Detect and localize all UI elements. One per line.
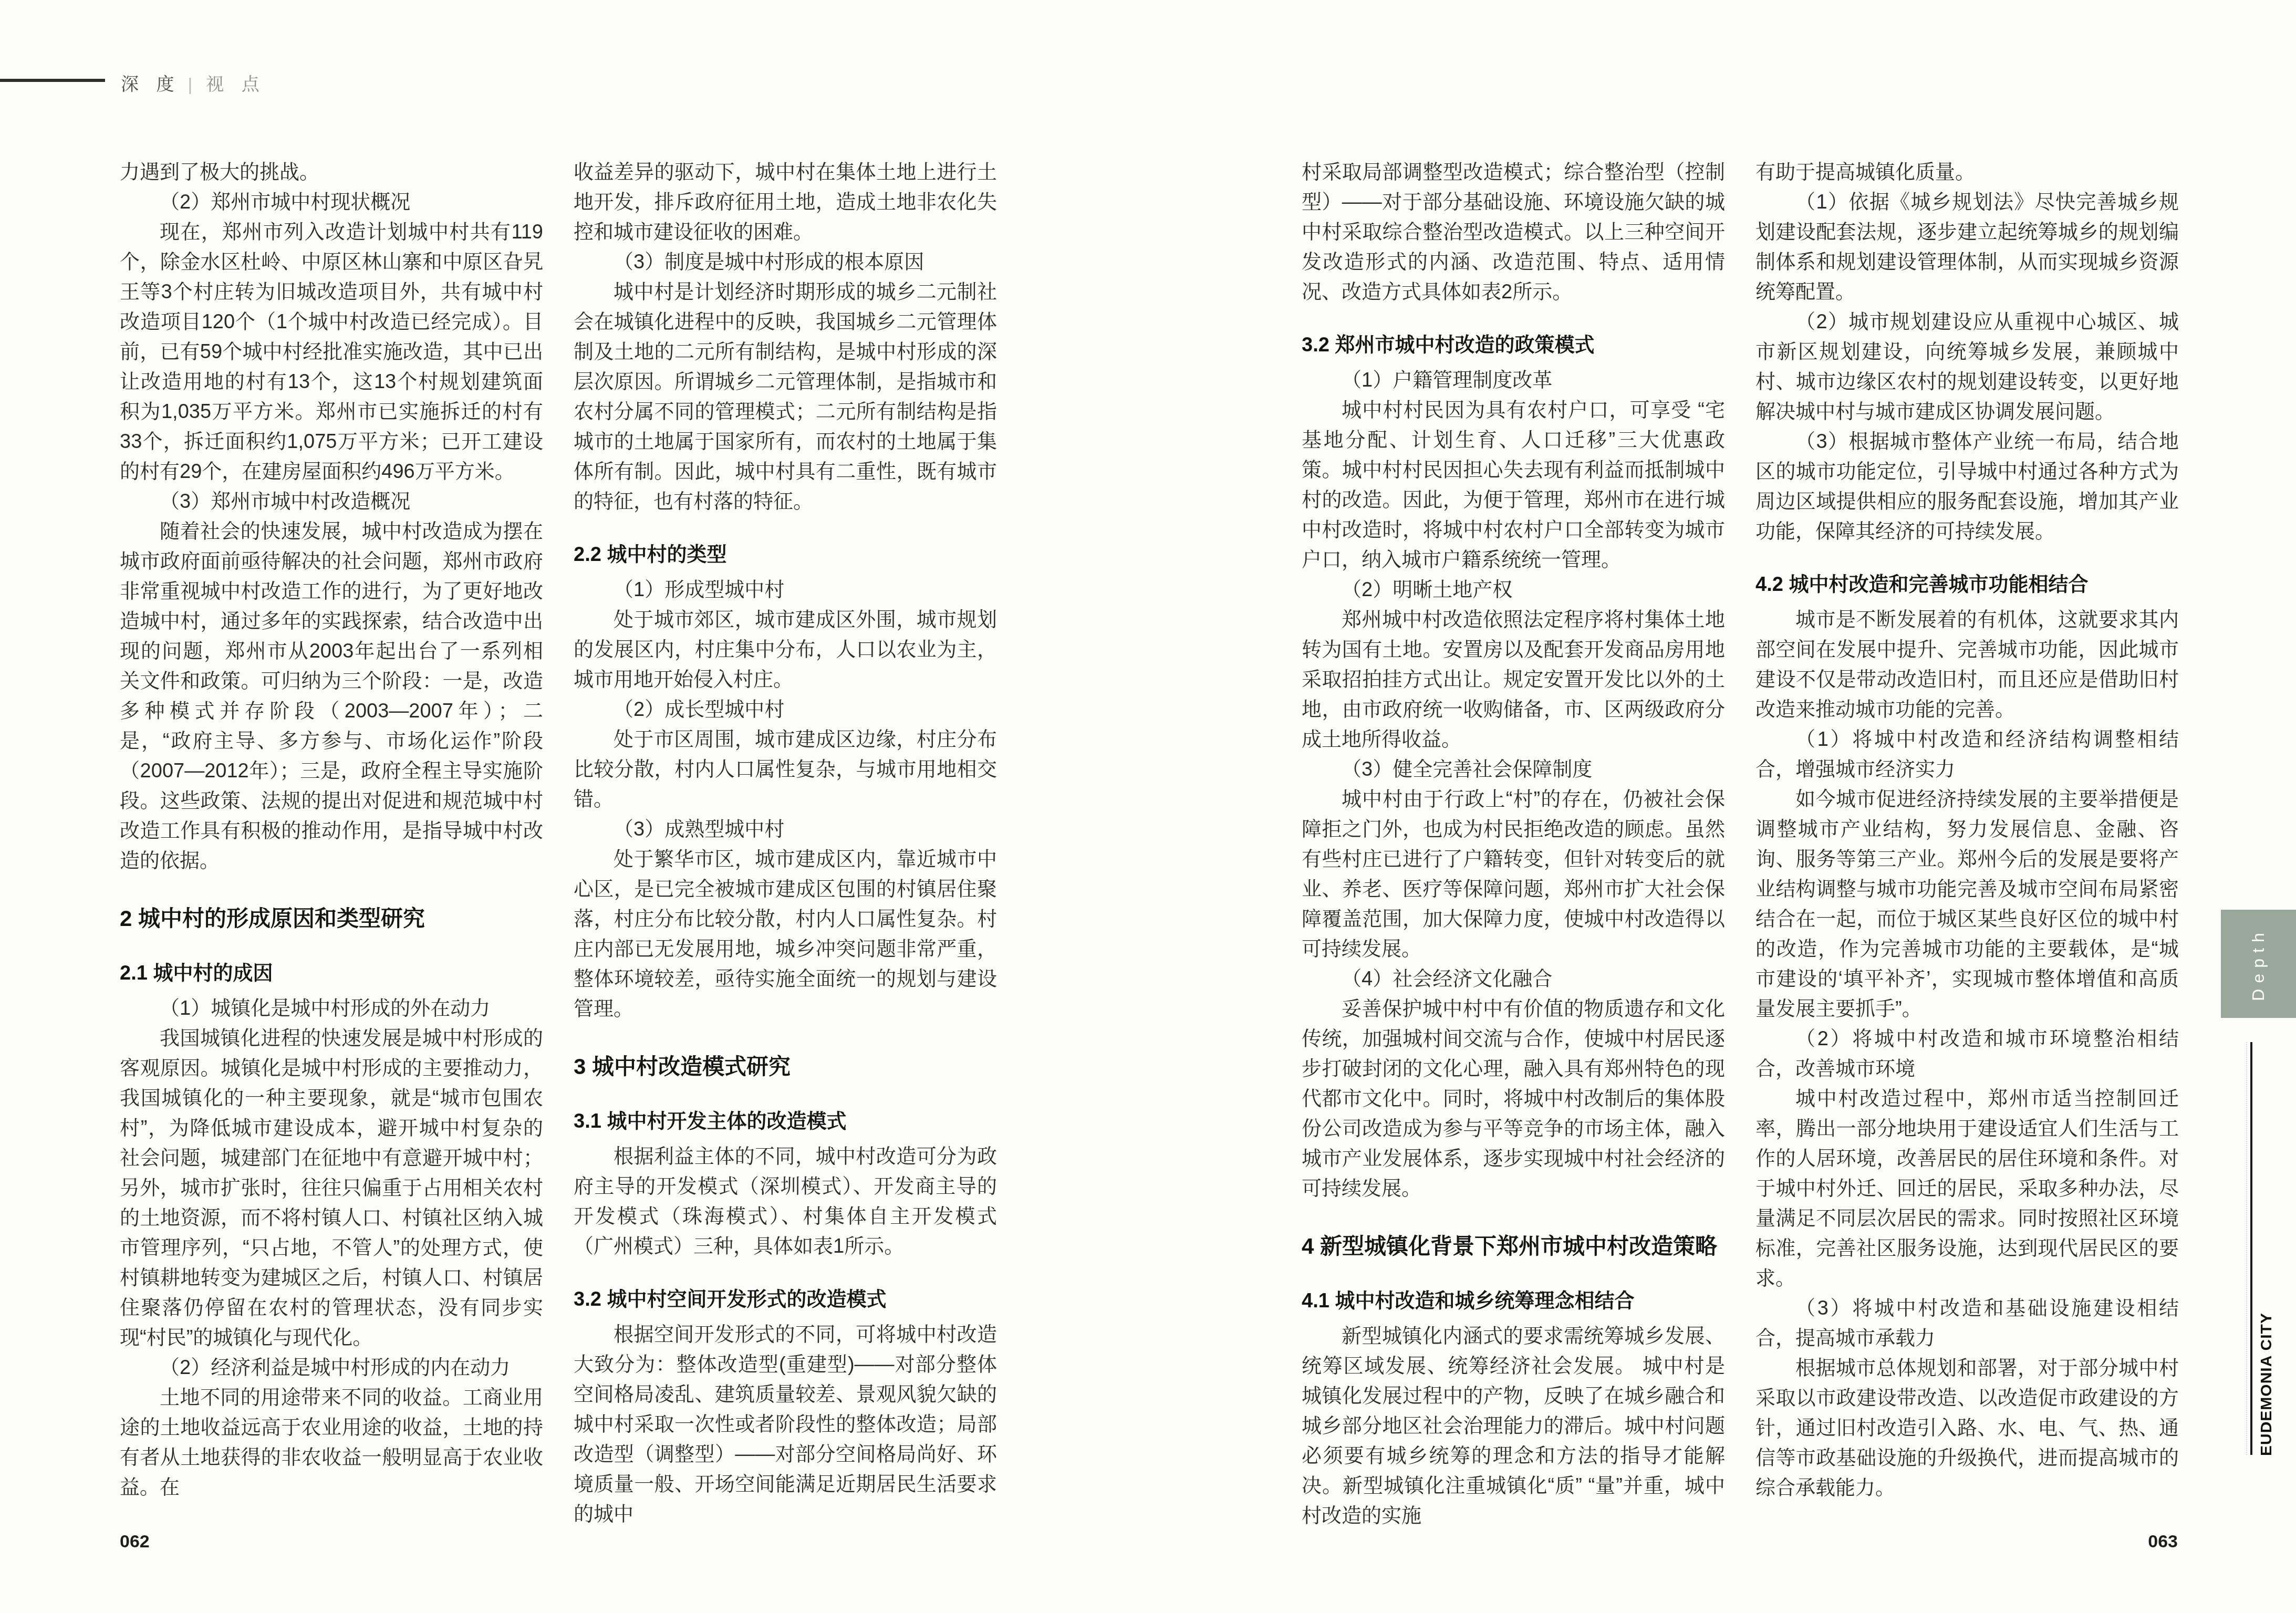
section-tab-label: Depth (2249, 927, 2268, 1001)
paragraph: 处于繁华市区，城市建成区内，靠近城市中心区，是已完全被城市建成区包围的村镇居住聚… (574, 845, 997, 1024)
header-section-label: 深 度 (121, 75, 180, 95)
paragraph: 城市是不断发展着的有机体，这就要求其内部空间在发展中提升、完善城市功能，因此城市… (1755, 605, 2179, 725)
paragraph: 处于市区周围，城市建成区边缘，村庄分布比较分散，村内人口属性复杂，与城市用地相交… (574, 725, 997, 815)
paragraph: 城中村改造过程中，郑州市适当控制回迁率，腾出一部分地块用于建设适宜人们生活与工作… (1755, 1084, 2179, 1294)
paragraph: 我国城镇化进程的快速发展是城中村形成的客观原因。城镇化是城中村形成的主要推动力，… (120, 1024, 543, 1353)
section-heading: 4.1 城中村改造和城乡统筹理念相结合 (1302, 1286, 1725, 1316)
paragraph: 村采取局部调整型改造模式；综合整治型（控制型）——对于部分基础设施、环境设施欠缺… (1302, 158, 1725, 307)
paragraph: （1）形成型城中村 (574, 575, 997, 605)
paragraph: 随着社会的快速发展，城中村改造成为摆在城市政府面前亟待解决的社会问题，郑州市政府… (120, 517, 543, 876)
paragraph: 城中村村民因为具有农村户口，可享受 “宅基地分配、计划生育、人口迁移”三大优惠政… (1302, 396, 1725, 575)
paragraph: （3）制度是城中村形成的根本原因 (574, 247, 997, 277)
paragraph: 根据利益主体的不同，城中村改造可分为政府主导的开发模式（深圳模式）、开发商主导的… (574, 1142, 997, 1262)
page-number-right: 063 (2073, 1532, 2178, 1552)
paragraph: （1）城镇化是城中村形成的外在动力 (120, 994, 543, 1024)
paragraph: （1）将城中村改造和经济结构调整相结合，增强城市经济实力 (1755, 725, 2179, 785)
header-divider: | (180, 75, 206, 95)
paragraph: 郑州城中村改造依照法定程序将村集体土地转为国有土地。安置房以及配套开发商品房用地… (1302, 605, 1725, 755)
paragraph: （3）成熟型城中村 (574, 815, 997, 845)
magazine-caption: EUDEMONIA CITY (2258, 1313, 2276, 1456)
section-heading: 2.2 城中村的类型 (574, 540, 997, 570)
paragraph: 城中村是计划经济时期形成的城乡二元制社会在城镇化进程中的反映，我国城乡二元管理体… (574, 277, 997, 517)
page-header: 深 度|视 点 (121, 70, 266, 96)
paragraph: 收益差异的驱动下，城中村在集体土地上进行土地开发，排斥政府征用土地，造成土地非农… (574, 158, 997, 247)
paragraph: （3）将城中村改造和基础设施建设相结合，提高城市承载力 (1755, 1294, 2179, 1354)
paragraph: （1）依据《城乡规划法》尽快完善城乡规划建设配套法规，逐步建立起统筹城乡的规划编… (1755, 188, 2179, 307)
header-subsection-label: 视 点 (206, 75, 265, 95)
paragraph: 如今城市促进经济持续发展的主要举措便是调整城市产业结构，努力发展信息、金融、咨询… (1755, 785, 2179, 1024)
paragraph: （3）根据城市整体产业统一布局，结合地区的城市功能定位，引导城中村通过各种方式为… (1755, 427, 2179, 547)
paragraph: 城中村由于行政上“村”的存在，仍被社会保障拒之门外，也成为村民拒绝改造的顾虑。虽… (1302, 785, 1725, 964)
section-heading: 3.1 城中村开发主体的改造模式 (574, 1107, 997, 1137)
column-4: 有助于提高城镇化质量。（1）依据《城乡规划法》尽快完善城乡规划建设配套法规，逐步… (1755, 158, 2179, 1503)
paragraph: （3）健全完善社会保障制度 (1302, 755, 1725, 785)
paragraph: 力遇到了极大的挑战。 (120, 158, 543, 188)
section-heading: 3.2 城中村空间开发形式的改造模式 (574, 1285, 997, 1315)
section-heading: 2.1 城中村的成因 (120, 959, 543, 988)
paragraph: （4）社会经济文化融合 (1302, 964, 1725, 994)
paragraph: （1）户籍管理制度改革 (1302, 366, 1725, 396)
paragraph: （2）城市规划建设应从重视中心城区、城市新区规划建设，向统筹城乡发展，兼顾城中村… (1755, 307, 2179, 427)
section-heading: 2 城中村的形成原因和类型研究 (120, 903, 543, 933)
section-tab: Depth (2221, 910, 2296, 1018)
paragraph: （2）将城中村改造和城市环境整治相结合，改善城市环境 (1755, 1024, 2179, 1084)
paragraph: （2）明晰土地产权 (1302, 575, 1725, 605)
column-1: 力遇到了极大的挑战。（2）郑州市城中村现状概况现在，郑州市列入改造计划城中村共有… (120, 158, 543, 1503)
paragraph: 处于城市郊区，城市建成区外围，城市规划的发展区内，村庄集中分布，人口以农业为主，… (574, 605, 997, 695)
paragraph: （2）经济利益是城中村形成的内在动力 (120, 1353, 543, 1383)
header-rule (0, 79, 105, 82)
section-heading: 4.2 城中村改造和完善城市功能相结合 (1755, 570, 2179, 600)
page-number-left: 062 (120, 1532, 150, 1552)
paragraph: 现在，郑州市列入改造计划城中村共有119个，除金水区杜岭、中原区林山寨和中原区旮… (120, 217, 543, 487)
paragraph: 根据城市总体规划和部署，对于部分城中村采取以市政建设带改造、以改造促市政建设的方… (1755, 1354, 2179, 1503)
paragraph: （2）郑州市城中村现状概况 (120, 188, 543, 217)
paragraph: （3）郑州市城中村改造概况 (120, 487, 543, 517)
paragraph: 有助于提高城镇化质量。 (1755, 158, 2179, 188)
section-heading: 4 新型城镇化背景下郑州市城中村改造策略 (1302, 1231, 1725, 1261)
paragraph: 妥善保护城中村中有价值的物质遗存和文化传统，加强城村间交流与合作，使城中村居民逐… (1302, 994, 1725, 1204)
paragraph: 新型城镇化内涵式的要求需统筹城乡发展、统筹区域发展、统筹经济社会发展。 城中村是… (1302, 1321, 1725, 1531)
side-dotted-rule (2246, 1042, 2247, 1455)
paragraph: 根据空间开发形式的不同，可将城中村改造大致分为：整体改造型(重建型)——对部分整… (574, 1320, 997, 1529)
section-heading: 3.2 郑州市城中村改造的政策模式 (1302, 330, 1725, 360)
paragraph: 土地不同的用途带来不同的收益。工商业用途的土地收益远高于农业用途的收益，土地的持… (120, 1383, 543, 1503)
section-heading: 3 城中村改造模式研究 (574, 1052, 997, 1081)
column-2: 收益差异的驱动下，城中村在集体土地上进行土地开发，排斥政府征用土地，造成土地非农… (574, 158, 997, 1529)
column-3: 村采取局部调整型改造模式；综合整治型（控制型）——对于部分基础设施、环境设施欠缺… (1302, 158, 1725, 1531)
side-rule (2250, 1042, 2252, 1455)
paragraph: （2）成长型城中村 (574, 695, 997, 725)
